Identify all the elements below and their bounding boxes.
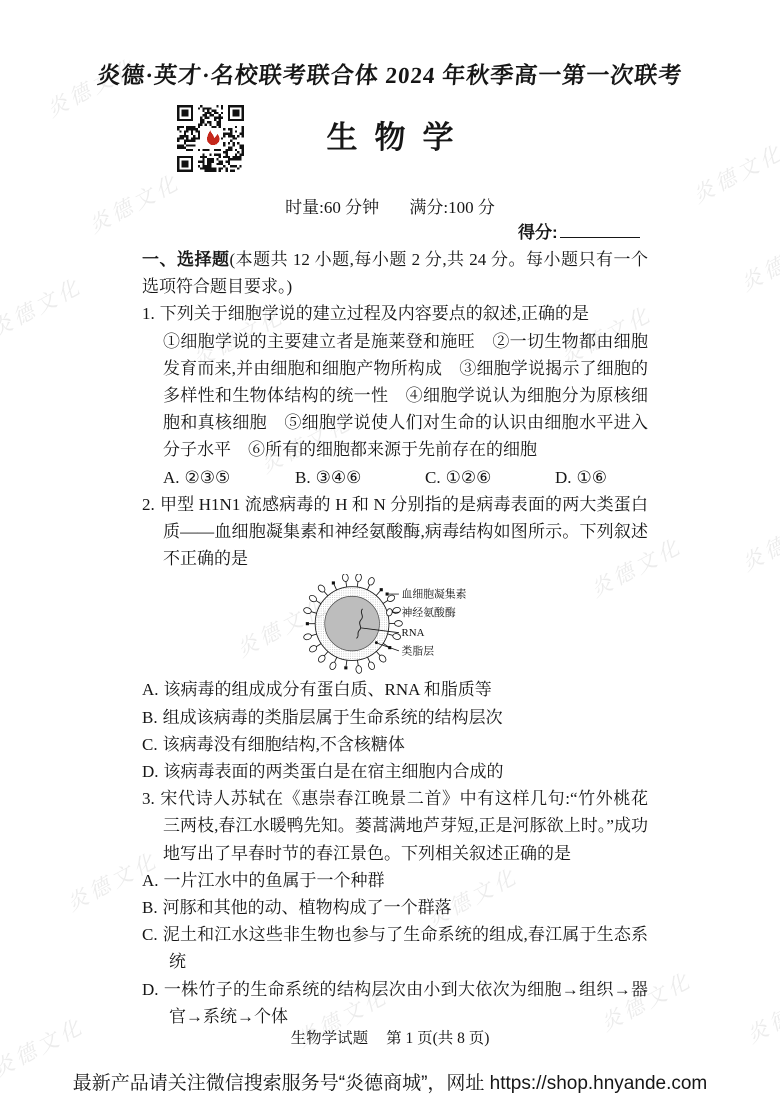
question-stem: 3.宋代诗人苏轼在《惠崇春江晚景二首》中有这样几句:“竹外桃花三两枝,春江水暖鸭… <box>142 785 648 867</box>
neuraminidase-marker <box>386 609 393 617</box>
footer-page-number: 第 1 页(共 8 页) <box>386 1030 489 1047</box>
section-title: 一、选择题 <box>142 250 229 269</box>
section-header: 一、选择题(本题共 12 小题,每小题 2 分,共 24 分。每小题只有一个选项… <box>142 246 648 300</box>
question-body: ①细胞学说的主要建立者是施莱登和施旺 ②一切生物都由细胞发育而来,并由细胞和细胞… <box>142 328 648 464</box>
score-underline <box>560 221 640 238</box>
duration-label: 时量:60 分钟 <box>285 198 379 217</box>
question-number: 2. <box>142 495 155 514</box>
question-stem: 2.甲型 H1N1 流感病毒的 H 和 N 分别指的是病毒表面的两大类蛋白质——… <box>142 491 648 573</box>
exam-meta: 时量:60 分钟 满分:100 分 <box>0 193 780 218</box>
footer-doc-title: 生物学试题 <box>291 1030 369 1047</box>
question-number: 3. <box>142 789 155 808</box>
virus-figure-svg: 血细胞凝集素 神经氨酸酶 RNA 类脂层 <box>300 574 530 674</box>
question-item: 3.宋代诗人苏轼在《惠崇春江晚景二首》中有这样几句:“竹外桃花三两枝,春江水暖鸭… <box>142 785 648 1030</box>
choice-c: C.①②⑥ <box>425 464 555 491</box>
full-score-label: 满分:100 分 <box>409 198 494 217</box>
score-box: 得分: <box>518 218 640 243</box>
question-item: 2.甲型 H1N1 流感病毒的 H 和 N 分别指的是病毒表面的两大类蛋白质——… <box>142 491 648 785</box>
choice-row: A.②③⑤ B.③④⑥ C.①②⑥ D.①⑥ <box>163 464 648 491</box>
option-a: A.一片江水中的鱼属于一个种群 <box>142 867 648 894</box>
choice-d: D.①⑥ <box>555 464 648 491</box>
exam-title: 炎德·英才·名校联考联合体 2024 年秋季高一第一次联考 <box>0 57 780 90</box>
option-a: A.该病毒的组成成分有蛋白质、RNA 和脂质等 <box>142 676 648 703</box>
option-d: D.该病毒表面的两类蛋白是在宿主细胞内合成的 <box>142 758 648 785</box>
question-number: 1. <box>142 304 155 323</box>
figure-label-lipid: 类脂层 <box>402 644 435 658</box>
exam-page: 炎德文化炎德文化炎德文化炎德文化炎德文化炎德文化炎德文化炎德文化炎德文化炎德文化… <box>0 0 780 1104</box>
option-b: B.河豚和其他的动、植物构成了一个群落 <box>142 894 648 921</box>
choice-b: B.③④⑥ <box>295 464 425 491</box>
option-c: C.泥土和江水这些非生物也参与了生命系统的组成,春江属于生态系统 <box>142 921 648 975</box>
option-d: D.一株竹子的生命系统的结构层次由小到大依次为细胞→组织→器官→系统→个体 <box>142 976 648 1030</box>
page-footer: 生物学试题第 1 页(共 8 页) <box>0 1026 780 1048</box>
virus-diagram: 血细胞凝集素 神经氨酸酶 RNA 类脂层 <box>300 574 648 674</box>
choice-a: A.②③⑤ <box>163 464 295 491</box>
question-stem-text: 下列关于细胞学说的建立过程及内容要点的叙述,正确的是 <box>160 304 589 323</box>
figure-label-rna: RNA <box>402 628 425 640</box>
hemagglutinin-marker <box>386 593 389 596</box>
figure-label-neuraminidase: 神经氨酸酶 <box>402 605 456 619</box>
lipid-marker <box>375 642 378 645</box>
virus-core <box>325 597 380 652</box>
question-item: 1.下列关于细胞学说的建立过程及内容要点的叙述,正确的是 ①细胞学说的主要建立者… <box>142 300 648 490</box>
question-stem-text: 宋代诗人苏轼在《惠崇春江晚景二首》中有这样几句:“竹外桃花三两枝,春江水暖鸭先知… <box>160 789 648 862</box>
page-content: 炎德·英才·名校联考联合体 2024 年秋季高一第一次联考 生物学 时量:60 … <box>0 0 780 1104</box>
promo-banner: 最新产品请关注微信搜索服务号“炎德商城”，网址 https://shop.hny… <box>0 1068 780 1095</box>
score-label: 得分: <box>518 223 558 242</box>
option-b: B.组成该病毒的类脂层属于生命系统的结构层次 <box>142 704 648 731</box>
question-area: 一、选择题(本题共 12 小题,每小题 2 分,共 24 分。每小题只有一个选项… <box>142 246 648 1030</box>
subject-title: 生物学 <box>0 112 780 157</box>
option-c: C.该病毒没有细胞结构,不含核糖体 <box>142 731 648 758</box>
question-stem: 1.下列关于细胞学说的建立过程及内容要点的叙述,正确的是 <box>142 300 648 327</box>
figure-label-hemagglutinin: 血细胞凝集素 <box>402 587 467 601</box>
question-stem-text: 甲型 H1N1 流感病毒的 H 和 N 分别指的是病毒表面的两大类蛋白质——血细… <box>160 495 648 568</box>
